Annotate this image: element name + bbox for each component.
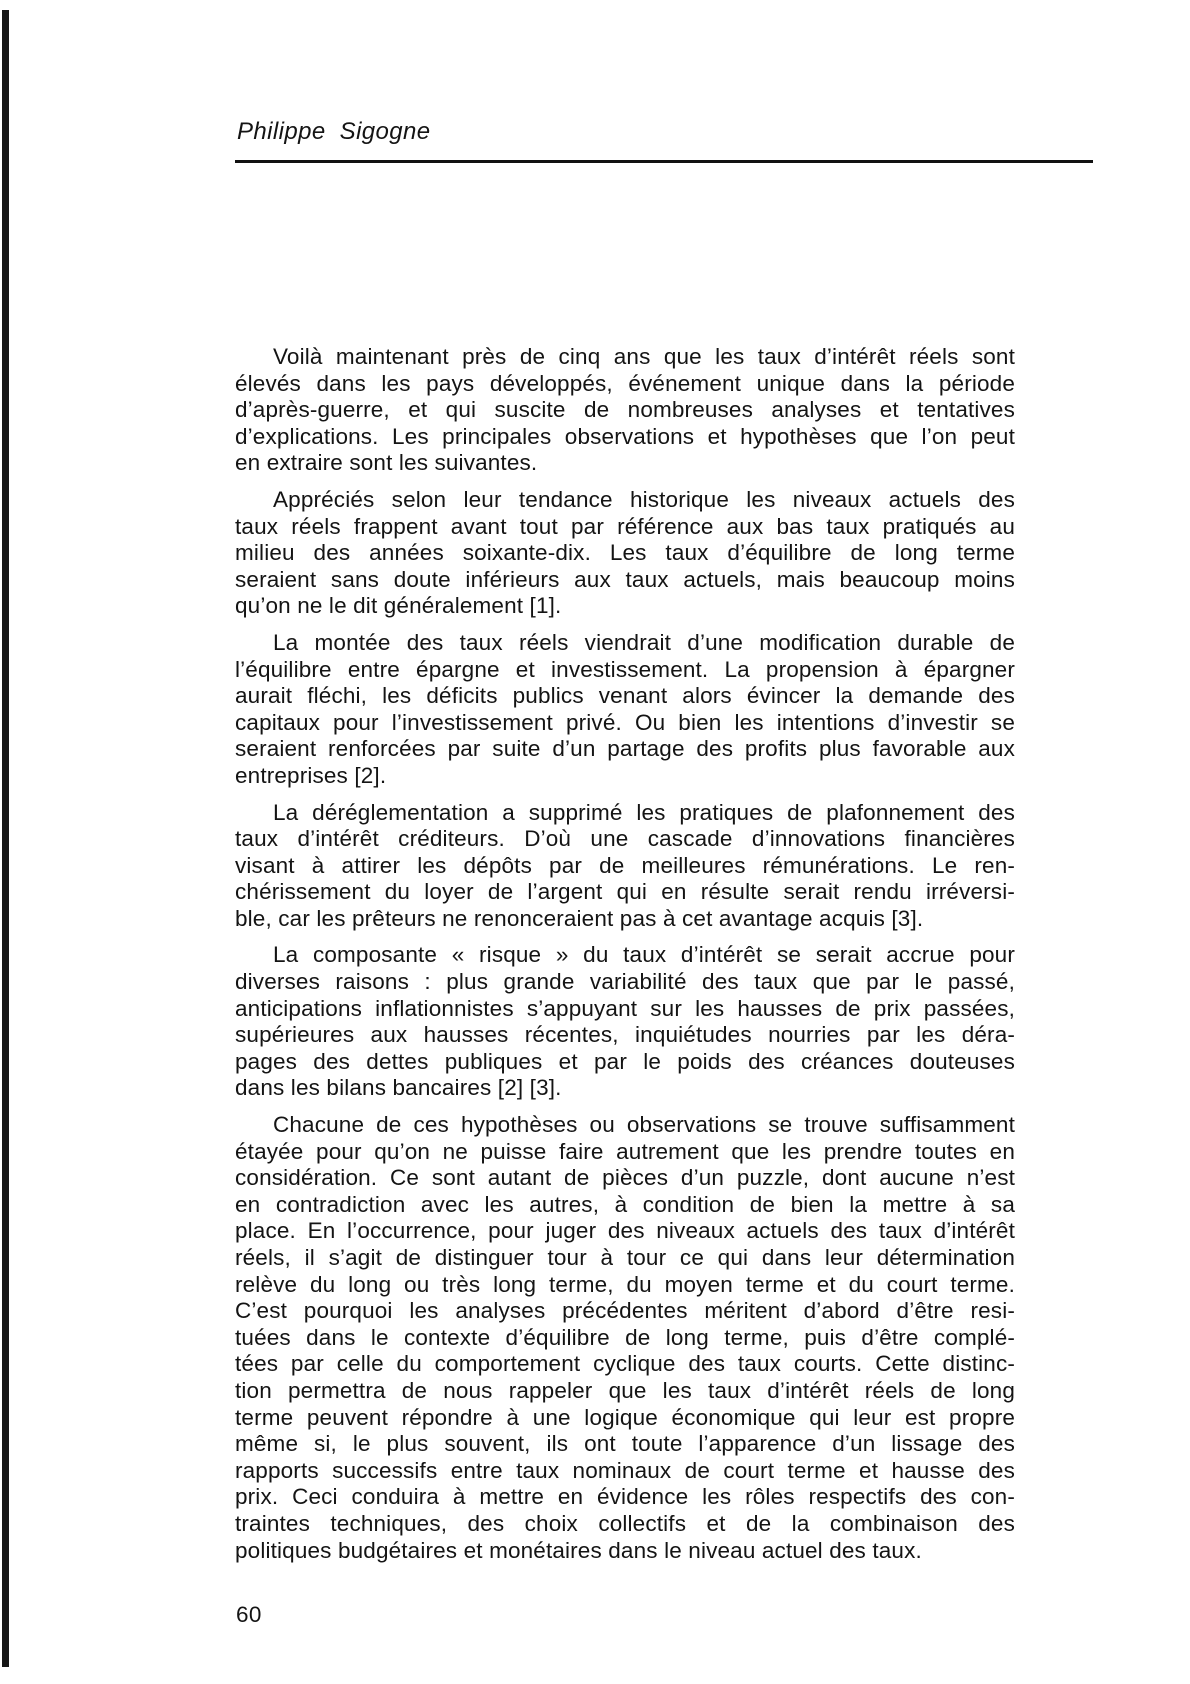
text-line: terme peuvent répondre à une logique éco…: [235, 1405, 1015, 1432]
text-line: tion permettra de nous rappeler que les …: [235, 1378, 1015, 1405]
paragraph: Chacune de ces hypothèses ou observation…: [235, 1112, 1015, 1564]
text-line: ble, car les prêteurs ne renonceraient p…: [235, 906, 1015, 933]
text-line: prix. Ceci conduira à mettre en évidence…: [235, 1484, 1015, 1511]
text-line: rapports successifs entre taux nominaux …: [235, 1458, 1015, 1485]
text-line: La montée des taux réels viendrait d’une…: [235, 630, 1015, 657]
body-text: Voilà maintenant près de cinq ans que le…: [235, 344, 1015, 1564]
text-line: d’après-guerre, et qui suscite de nombre…: [235, 397, 1015, 424]
text-line: relève du long ou très long terme, du mo…: [235, 1272, 1015, 1299]
text-line: chérissement du loyer de l’argent qui en…: [235, 879, 1015, 906]
text-line: taux d’intérêt créditeurs. D’où une casc…: [235, 826, 1015, 853]
text-line: politiques budgétaires et monétaires dan…: [235, 1538, 1015, 1565]
text-line: étayée pour qu’on ne puisse faire autrem…: [235, 1139, 1015, 1166]
paragraph: Voilà maintenant près de cinq ans que le…: [235, 344, 1015, 477]
text-line: visant à attirer les dépôts par de meill…: [235, 853, 1015, 880]
text-line: aurait fléchi, les déficits publics vena…: [235, 683, 1015, 710]
paragraph: La composante « risque » du taux d’intér…: [235, 942, 1015, 1102]
paragraph: Appréciés selon leur tendance historique…: [235, 487, 1015, 620]
text-line: La déréglementation a supprimé les prati…: [235, 800, 1015, 827]
text-line: pages des dettes publiques et par le poi…: [235, 1049, 1015, 1076]
text-line: milieu des années soixante-dix. Les taux…: [235, 540, 1015, 567]
text-line: d’explications. Les principales observat…: [235, 424, 1015, 451]
running-head-author: Philippe Sigogne: [237, 118, 431, 146]
text-line: l’équilibre entre épargne et investissem…: [235, 657, 1015, 684]
text-line: tuées dans le contexte d’équilibre de lo…: [235, 1325, 1015, 1352]
paragraph: La montée des taux réels viendrait d’une…: [235, 630, 1015, 790]
text-line: supérieures aux hausses récentes, inquié…: [235, 1022, 1015, 1049]
text-line: diverses raisons : plus grande variabili…: [235, 969, 1015, 996]
text-line: taux réels frappent avant tout par référ…: [235, 514, 1015, 541]
text-line: élevés dans les pays développés, événeme…: [235, 371, 1015, 398]
text-line: Appréciés selon leur tendance historique…: [235, 487, 1015, 514]
text-line: tées par celle du comportement cyclique …: [235, 1351, 1015, 1378]
text-line: traintes techniques, des choix collectif…: [235, 1511, 1015, 1538]
text-line: anticipations inflationnistes s’appuyant…: [235, 996, 1015, 1023]
document-page: Philippe Sigogne Voilà maintenant près d…: [0, 0, 1190, 1684]
text-line: en extraire sont les suivantes.: [235, 450, 1015, 477]
header-rule: [235, 160, 1093, 163]
text-line: capitaux pour l’investissement privé. Ou…: [235, 710, 1015, 737]
text-line: Chacune de ces hypothèses ou observation…: [235, 1112, 1015, 1139]
page-number: 60: [236, 1602, 262, 1628]
paragraph: La déréglementation a supprimé les prati…: [235, 800, 1015, 933]
text-line: seraient sans doute inférieurs aux taux …: [235, 567, 1015, 594]
text-line: qu’on ne le dit généralement [1].: [235, 593, 1015, 620]
text-line: considération. Ce sont autant de pièces …: [235, 1165, 1015, 1192]
text-line: seraient renforcées par suite d’un parta…: [235, 736, 1015, 763]
text-line: dans les bilans bancaires [2] [3].: [235, 1075, 1015, 1102]
text-line: entreprises [2].: [235, 763, 1015, 790]
text-line: Voilà maintenant près de cinq ans que le…: [235, 344, 1015, 371]
text-line: même si, le plus souvent, ils ont toute …: [235, 1431, 1015, 1458]
text-line: C’est pourquoi les analyses précédentes …: [235, 1298, 1015, 1325]
text-line: réels, il s’agit de distinguer tour à to…: [235, 1245, 1015, 1272]
text-line: La composante « risque » du taux d’intér…: [235, 942, 1015, 969]
text-line: place. En l’occurrence, pour juger des n…: [235, 1218, 1015, 1245]
binding-bar: [2, 10, 9, 1667]
text-line: en contradiction avec les autres, à cond…: [235, 1192, 1015, 1219]
